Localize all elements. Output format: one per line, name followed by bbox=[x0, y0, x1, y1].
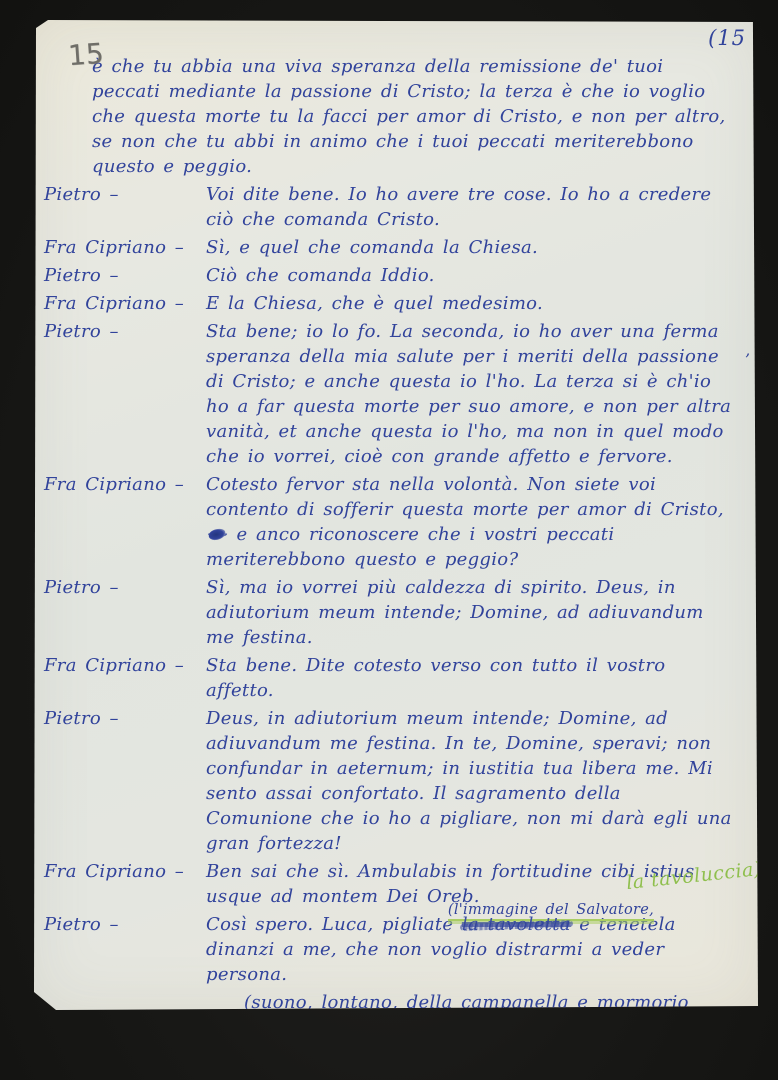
speaker-label: Pietro – bbox=[44, 263, 206, 288]
dialogue-text-after-blot: e anco riconoscere che i vostri peccati … bbox=[206, 524, 614, 570]
speaker-label: Pietro – bbox=[44, 706, 206, 731]
speaker-label: Pietro – bbox=[44, 912, 206, 937]
dialogue-text-before-correction: Così spero. Luca, pigliate bbox=[206, 914, 453, 935]
speaker-label: Fra Cipriano – bbox=[44, 859, 206, 884]
dialogue-text: Ciò che comanda Iddio. bbox=[206, 263, 732, 288]
dialogue-text: Voi dite bene. Io ho avere tre cose. Io … bbox=[206, 182, 732, 232]
stray-pen-mark: ’ bbox=[745, 350, 750, 369]
correction-site: (l'immagine del Salvatore, la tavoletta bbox=[462, 914, 579, 935]
dialogue-entry: Fra Cipriano – Sì, e quel che comanda la… bbox=[44, 235, 732, 260]
page-number-ink: (15 bbox=[708, 26, 746, 50]
dialogue-text: Cotesto fervor sta nella volontà. Non si… bbox=[206, 472, 732, 572]
speaker-label: Fra Cipriano – bbox=[44, 235, 206, 260]
dialogue-text: Deus, in adiutorium meum intende; Domine… bbox=[206, 706, 732, 856]
dialogue-text: Sì, ma io vorrei più caldezza di spirito… bbox=[206, 575, 732, 650]
speaker-label: Pietro – bbox=[44, 182, 206, 207]
stage-direction: (suono, lontano, della campanella e morm… bbox=[244, 990, 692, 1040]
dialogue-text: Sta bene. Dite cotesto verso con tutto i… bbox=[206, 653, 732, 703]
dialogue-entry: Fra Cipriano – E la Chiesa, che è quel m… bbox=[44, 291, 732, 316]
dialogue-entry: Pietro – Sta bene; io lo fo. La seconda,… bbox=[44, 319, 732, 469]
dialogue-entry-with-correction: Pietro – Così spero. Luca, pigliate (l'i… bbox=[44, 912, 732, 987]
dialogue-entry: Pietro – Sì, ma io vorrei più caldezza d… bbox=[44, 575, 732, 650]
speaker-label: Pietro – bbox=[44, 319, 206, 344]
dialogue-entry: Pietro – Deus, in adiutorium meum intend… bbox=[44, 706, 732, 856]
speaker-label: Fra Cipriano – bbox=[44, 291, 206, 316]
dialogue-text: Sta bene; io lo fo. La seconda, io ho av… bbox=[206, 319, 732, 469]
speaker-label: Fra Cipriano – bbox=[44, 653, 206, 678]
dialogue-text: Così spero. Luca, pigliate (l'immagine d… bbox=[206, 912, 732, 987]
scanned-manuscript-page: { "page": { "pencil_number": "15", "ink_… bbox=[0, 0, 778, 1080]
speaker-label: Fra Cipriano – bbox=[44, 472, 206, 497]
dialogue-entry: Pietro – Ciò che comanda Iddio. bbox=[44, 263, 732, 288]
dialogue-entry: Fra Cipriano – Sta bene. Dite cotesto ve… bbox=[44, 653, 732, 703]
ink-blot-strikeout bbox=[208, 528, 226, 540]
opening-paragraph: è che tu abbia una viva speranza della r… bbox=[92, 54, 728, 179]
dialogue-text: E la Chiesa, che è quel medesimo. bbox=[206, 291, 732, 316]
crossed-out-text: la tavoletta bbox=[462, 912, 571, 937]
dialogue-text-before-blot: Cotesto fervor sta nella volontà. Non si… bbox=[206, 474, 724, 520]
manuscript-paper-sheet: 15 (15 ’ è che tu abbia una viva speranz… bbox=[34, 20, 758, 1010]
speaker-label: Pietro – bbox=[44, 575, 206, 600]
dialogue-entry: Fra Cipriano – Cotesto fervor sta nella … bbox=[44, 472, 732, 572]
page-number-pencil: 15 bbox=[67, 37, 105, 72]
dialogue-entry: Pietro – Voi dite bene. Io ho avere tre … bbox=[44, 182, 732, 232]
dialogue-text: Sì, e quel che comanda la Chiesa. bbox=[206, 235, 732, 260]
